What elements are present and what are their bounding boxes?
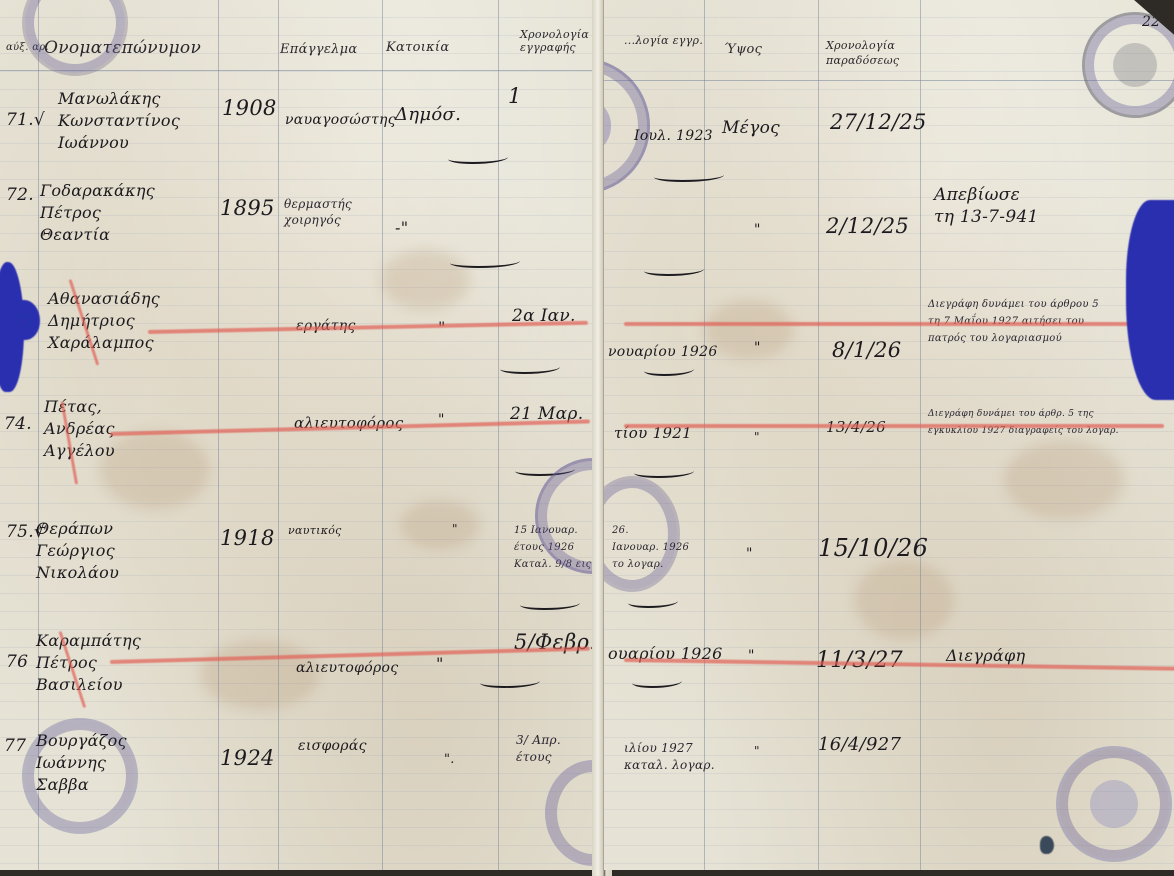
entry-stature: " bbox=[754, 744, 760, 758]
page-number: 22 bbox=[1142, 14, 1160, 30]
entry-issue-date: 8/1/26 bbox=[832, 338, 901, 362]
anchor-seal-stamp bbox=[1056, 746, 1172, 862]
entry-name: Πέτας, Ανδρέας Αγγέλου bbox=[44, 396, 115, 462]
entry-profession: αλιευτοφόρος bbox=[296, 660, 398, 676]
header-stature: Ύψος bbox=[724, 42, 762, 57]
column-divider bbox=[218, 0, 219, 870]
stain bbox=[1004, 440, 1124, 520]
ledger-spread: αύξ. αρ. Ονοματεπώνυμον Επάγγελμα Κατοικ… bbox=[0, 0, 1174, 876]
entry-residence: " bbox=[436, 654, 444, 673]
entry-profession: ναυτικός bbox=[288, 524, 342, 537]
entry-registration-date-cont: 26. Ιανουαρ. 1926 το λογαρ. bbox=[612, 522, 689, 573]
header-registration-date-cont: ...λογία εγγρ. bbox=[624, 34, 703, 47]
entry-stature: " bbox=[754, 222, 761, 238]
entry-residence: ". bbox=[444, 752, 455, 767]
column-divider bbox=[382, 0, 383, 870]
entry-registration-date: 3/ Απρ. έτους bbox=[516, 732, 561, 766]
entry-profession: εισφοράς bbox=[298, 738, 367, 754]
entry-residence: " bbox=[452, 522, 458, 536]
entry-year: 1908 bbox=[222, 96, 277, 120]
header-issue-date: Χρονολογία παραδόσεως bbox=[826, 38, 916, 68]
stain bbox=[100, 430, 210, 510]
entry-number: 71.√ bbox=[6, 110, 45, 130]
stain bbox=[400, 500, 480, 550]
entry-number: 73. bbox=[12, 312, 40, 332]
header-profession: Επάγγελμα bbox=[280, 42, 358, 57]
entry-year: 1918 bbox=[220, 526, 275, 550]
red-strike-line bbox=[624, 424, 1164, 428]
entry-stature: Μέγος bbox=[722, 118, 780, 138]
column-divider bbox=[498, 0, 499, 870]
entry-number: 72. bbox=[6, 185, 34, 205]
entry-registration-date: 1 bbox=[508, 84, 522, 108]
entry-stature: " bbox=[746, 546, 753, 562]
entry-issue-date: 15/10/26 bbox=[818, 534, 928, 562]
entry-year: 1924 bbox=[220, 746, 275, 770]
header-residence: Κατοικία bbox=[386, 40, 449, 55]
entry-year: 1895 bbox=[220, 196, 275, 220]
entry-profession: ναυαγοσώστης bbox=[285, 112, 396, 128]
entry-residence: -" bbox=[395, 218, 408, 237]
stain bbox=[854, 560, 954, 640]
entry-registration-date-cont: νουαρίου 1926 bbox=[608, 344, 718, 360]
entry-registration-date-cont: ιλίου 1927 καταλ. λογαρ. bbox=[624, 740, 715, 774]
left-page: αύξ. αρ. Ονοματεπώνυμον Επάγγελμα Κατοικ… bbox=[0, 0, 600, 870]
column-divider bbox=[278, 0, 279, 870]
entry-remarks: Απεβίωσε τη 13-7-941 bbox=[934, 184, 1039, 228]
entry-remarks: Διεγράφη bbox=[946, 646, 1025, 665]
red-strike-line bbox=[624, 322, 1144, 326]
right-page: ...λογία εγγρ. Ύψος Χρονολογία παραδόσεω… bbox=[604, 0, 1174, 870]
entry-remarks: Διεγράφη δυνάμει του άρθρ. 5 της εγκυκλί… bbox=[928, 406, 1119, 440]
entry-profession: θερμαστής χοιρηγός bbox=[284, 196, 352, 228]
entry-name: Βουργάζος Ιωάννης Σαββα bbox=[36, 730, 127, 796]
entry-number: 74. bbox=[4, 414, 32, 434]
entry-number: 77 bbox=[4, 736, 26, 756]
entry-registration-date-cont: Ιουλ. 1923 bbox=[634, 128, 713, 144]
entry-issue-date: 27/12/25 bbox=[830, 110, 927, 134]
entry-name: Θεράπων Γεώργιος Νικολάου bbox=[36, 518, 119, 584]
entry-issue-date: 2/12/25 bbox=[826, 214, 909, 238]
entry-residence: Δημόσ. bbox=[395, 104, 461, 125]
entry-stature: " bbox=[754, 430, 760, 444]
entry-stature: " bbox=[754, 340, 761, 356]
entry-name: Μανωλάκης Κωνσταντίνος Ιωάννου bbox=[58, 88, 180, 154]
entry-name: Αθανασιάδης Δημήτριος Χαράλαμπος bbox=[48, 288, 160, 354]
entry-number: 76 bbox=[6, 652, 28, 672]
ink-drop bbox=[1040, 836, 1054, 854]
header-registration-date: Χρονολογία εγγραφής bbox=[520, 28, 590, 54]
entry-name: Γοδαρακάκης Πέτρος Θεαντία bbox=[40, 180, 155, 246]
entry-issue-date: 16/4/927 bbox=[818, 734, 901, 755]
